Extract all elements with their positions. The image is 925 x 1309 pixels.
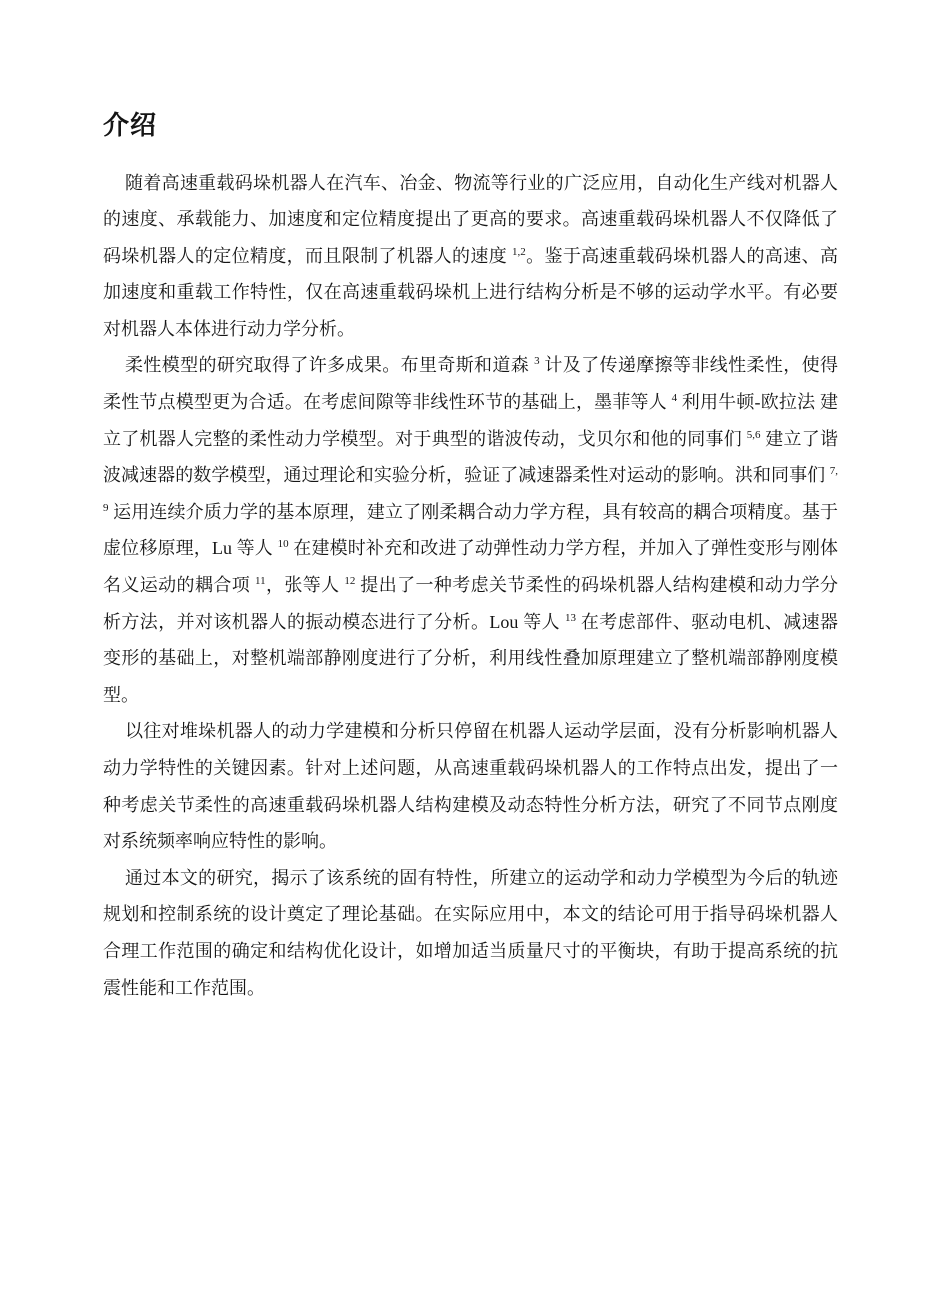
citation-superscript: 11: [255, 575, 266, 587]
paragraph-2: 柔性模型的研究取得了许多成果。布里奇斯和道森 3 计及了传递摩擦等非线性柔性，使…: [103, 347, 838, 713]
citation-superscript: 10: [278, 538, 289, 550]
paragraph-text: 以往对堆垛机器人的动力学建模和分析只停留在机器人运动学层面，没有分析影响机器人动…: [103, 721, 838, 851]
paragraph-4: 通过本文的研究，揭示了该系统的固有特性，所建立的运动学和动力学模型为今后的轨迹规…: [103, 860, 838, 1006]
paragraph-1: 随着高速重载码垛机器人在汽车、冶金、物流等行业的广泛应用，自动化生产线对机器人的…: [103, 165, 838, 348]
document-body: 随着高速重载码垛机器人在汽车、冶金、物流等行业的广泛应用，自动化生产线对机器人的…: [103, 165, 838, 1007]
paragraph-text: 通过本文的研究，揭示了该系统的固有特性，所建立的运动学和动力学模型为今后的轨迹规…: [103, 868, 838, 998]
citation-superscript: 12: [344, 575, 355, 587]
paragraph-3: 以往对堆垛机器人的动力学建模和分析只停留在机器人运动学层面，没有分析影响机器人动…: [103, 713, 838, 859]
citation-superscript: 13: [565, 612, 576, 624]
paragraph-text: 柔性模型的研究取得了许多成果。布里奇斯和道森: [125, 355, 534, 375]
citation-superscript: 1,2: [512, 246, 526, 258]
paragraph-text: ，张等人: [266, 575, 345, 595]
citation-superscript: 5,6: [747, 429, 761, 441]
section-heading: 介绍: [103, 110, 838, 143]
document-page: 介绍 随着高速重载码垛机器人在汽车、冶金、物流等行业的广泛应用，自动化生产线对机…: [0, 0, 925, 1309]
